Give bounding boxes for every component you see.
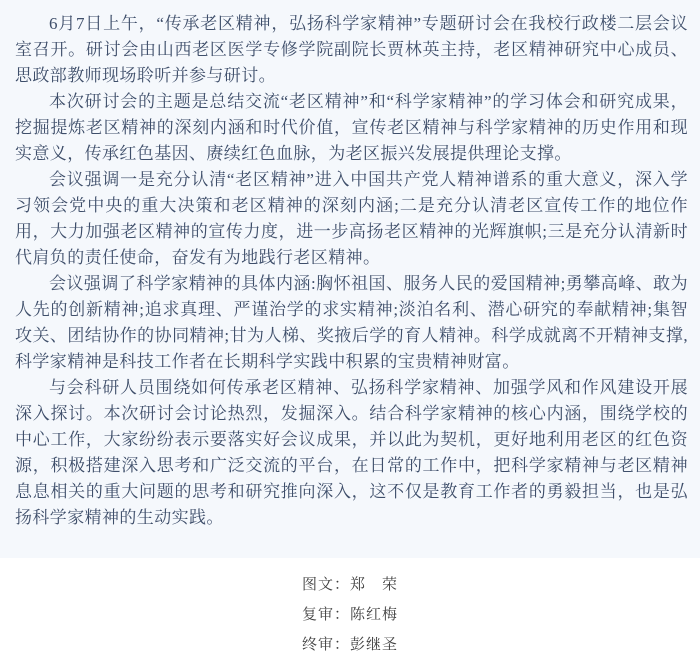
credit-line-final-reviewer: 终审：彭继圣	[0, 630, 700, 660]
article-paragraph-1: 6月7日上午，“传承老区精神，弘扬科学家精神”专题研讨会在我校行政楼二层会议室召…	[15, 11, 688, 89]
credit-line-photo-text: 图文：郑 荣	[0, 570, 700, 600]
credits-block: 图文：郑 荣 复审：陈红梅 终审：彭继圣	[0, 570, 700, 660]
article-paragraph-4: 会议强调了科学家精神的具体内涵:胸怀祖国、服务人民的爱国精神;勇攀高峰、敢为人先…	[15, 271, 688, 375]
article-paragraph-3: 会议强调一是充分认清“老区精神”进入中国共产党人精神谱系的重大意义，深入学习领会…	[15, 167, 688, 271]
article-paragraph-5: 与会科研人员围绕如何传承老区精神、弘扬科学家精神、加强学风和作风建设开展深入探讨…	[15, 375, 688, 531]
article-paragraph-2: 本次研讨会的主题是总结交流“老区精神”和“科学家精神”的学习体会和研究成果，挖掘…	[15, 89, 688, 167]
credit-line-reviewer: 复审：陈红梅	[0, 600, 700, 630]
article-scan-area: 6月7日上午，“传承老区精神，弘扬科学家精神”专题研讨会在我校行政楼二层会议室召…	[0, 0, 700, 558]
